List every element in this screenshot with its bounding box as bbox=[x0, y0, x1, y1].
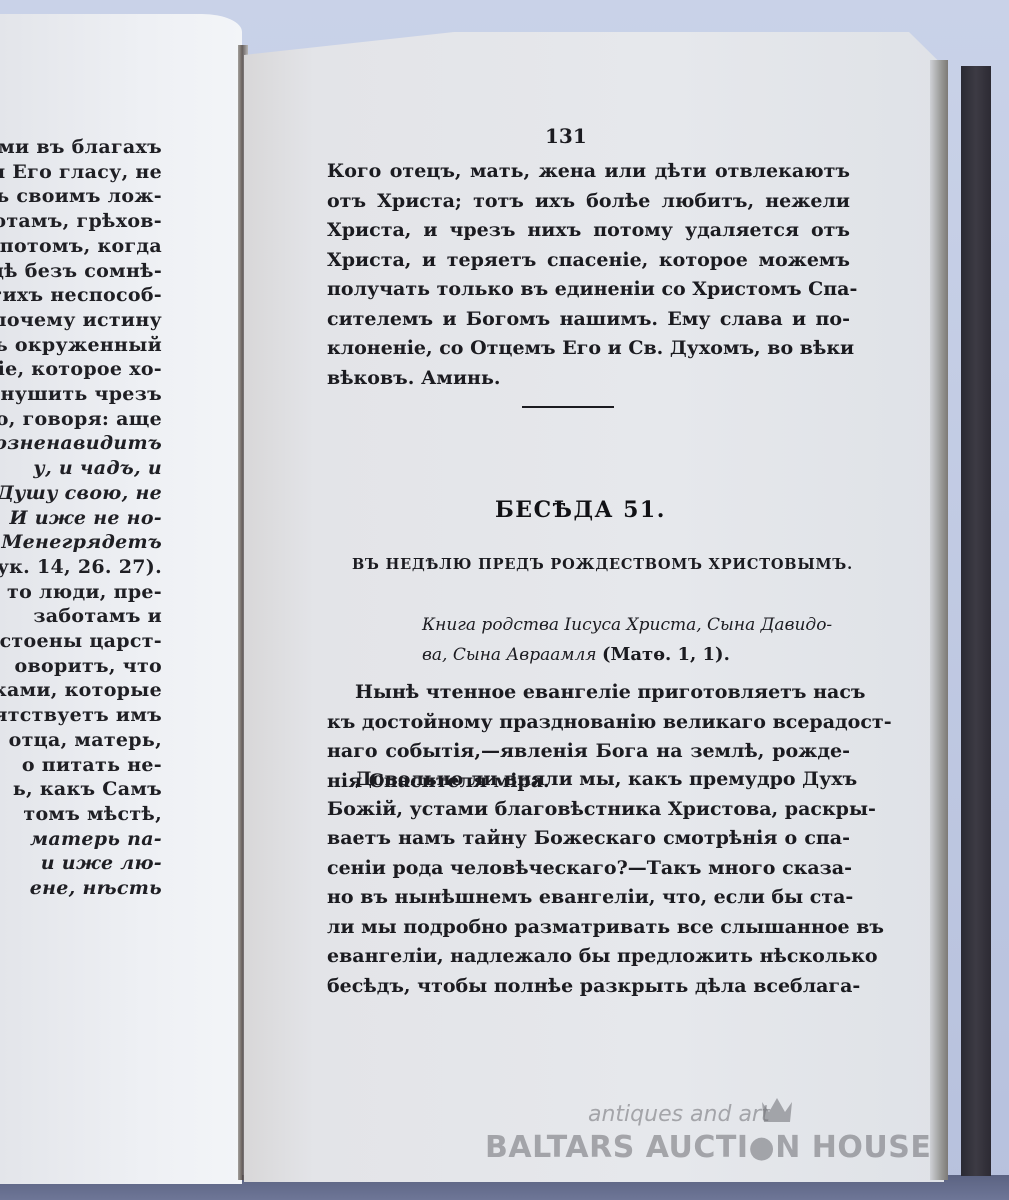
paragraph-closing-sermon: Кого отецъ, мать, жена или дѣти отвлекаю… bbox=[327, 157, 850, 393]
text-line: огихъ неспособ- bbox=[0, 283, 162, 308]
section-divider bbox=[522, 406, 614, 408]
text-line: клоненіе, со Отцемъ Его и Св. Духомъ, во… bbox=[327, 334, 850, 364]
text-line: у, и чадъ, и bbox=[0, 456, 162, 481]
text-line: сеніи рода человѣческаго?—Такъ много ска… bbox=[327, 854, 850, 884]
text-line: Христа, и чрезъ нихъ потому удаляется от… bbox=[327, 216, 850, 246]
epigraph: Книга родства Іисуса Христа, Сына Давидо… bbox=[422, 611, 842, 670]
text-line: И иже не но- bbox=[0, 506, 162, 531]
page-block-edge bbox=[930, 60, 948, 1180]
scripture-reference: (Матѳ. 1, 1). bbox=[602, 644, 730, 665]
text-line: Божій, устами благовѣстника Христова, ра… bbox=[327, 795, 850, 825]
text-line: ь, какъ Самъ bbox=[0, 777, 162, 802]
text-line: матерь па- bbox=[0, 827, 162, 852]
text-line: но въ нынѣшнемъ евангеліи, что, если бы … bbox=[327, 883, 850, 913]
epigraph-line: ва, Сына Авраамля (Матѳ. 1, 1). bbox=[422, 640, 842, 670]
watermark-name: BALTARS AUCTI●N HOUSE bbox=[485, 1130, 931, 1165]
epigraph-line: Книга родства Іисуса Христа, Сына Давидо… bbox=[422, 611, 842, 640]
page-number: 131 bbox=[545, 124, 587, 148]
text-line: ніе, которое хо- bbox=[0, 357, 162, 382]
text-line: отъ Христа; тотъ ихъ болѣе любитъ, нежел… bbox=[327, 187, 850, 217]
text-line: Душу свою, не bbox=[0, 481, 162, 506]
text-line: дѣ безъ сомнѣ- bbox=[0, 259, 162, 284]
text-line: -почему истину bbox=[0, 308, 162, 333]
sermon-heading: БЕСѢДА 51. bbox=[495, 497, 666, 523]
text-line: оворитъ, что bbox=[0, 654, 162, 679]
text-line: о, говоря: аще bbox=[0, 407, 162, 432]
text-line: Христа, и теряетъ спасеніе, которое може… bbox=[327, 246, 850, 276]
text-line: заботамъ и bbox=[0, 604, 162, 629]
text-line: потомъ, когда bbox=[0, 234, 162, 259]
watermark-tagline: antiques and art bbox=[588, 1102, 770, 1127]
text-line: бесѣдъ, чтобы полнѣе разкрыть дѣла всебл… bbox=[327, 972, 850, 1002]
text-line: къ достойному празднованію великаго всер… bbox=[327, 708, 850, 738]
text-line: ли мы подробно разматривать все слышанно… bbox=[327, 913, 850, 943]
text-line: ваетъ намъ тайну Божескаго смотрѣнія о с… bbox=[327, 824, 850, 854]
text-line: ая Его гласу, не bbox=[0, 160, 162, 185]
text-line: томъ мѣстѣ, bbox=[0, 802, 162, 827]
text-line: то люди, пре- bbox=[0, 580, 162, 605]
text-line: Менегрядетъ bbox=[0, 530, 162, 555]
text-line: ками въ благахъ bbox=[0, 135, 162, 160]
text-line: отца, матерь, bbox=[0, 728, 162, 753]
text-line: вѣковъ. Аминь. bbox=[327, 364, 850, 394]
text-line: Кого отецъ, мать, жена или дѣти отвлекаю… bbox=[327, 157, 850, 187]
text-line: сь своимъ лож- bbox=[0, 184, 162, 209]
paragraph-body: Довольно ли вняли мы, какъ премудро Духъ… bbox=[327, 765, 850, 1001]
epigraph-italic: ва, Сына Авраамля bbox=[422, 645, 597, 665]
text-line: евангеліи, надлежало бы предложить нѣско… bbox=[327, 942, 850, 972]
sermon-subheading: ВЪ НЕДѢЛЮ ПРЕДЪ РОЖДЕСТВОМЪ ХРИСТОВЫМЪ. bbox=[352, 556, 853, 573]
left-page-text: ками въ благахъая Его гласу, несь своимъ… bbox=[0, 135, 162, 901]
text-line: сителемъ и Богомъ нашимъ. Ему слава и по… bbox=[327, 305, 850, 335]
text-line: Нынѣ чтенное евангеліе приготовляетъ нас… bbox=[327, 678, 850, 708]
text-line: стоены царст- bbox=[0, 629, 162, 654]
book-cover-edge bbox=[961, 66, 991, 1176]
text-line: получать только въ единеніи со Христомъ … bbox=[327, 275, 850, 305]
text-line: ъ окруженный bbox=[0, 333, 162, 358]
text-line: и иже лю- bbox=[0, 851, 162, 876]
text-line: Довольно ли вняли мы, какъ премудро Духъ bbox=[327, 765, 850, 795]
text-line: ене, нѣсть bbox=[0, 876, 162, 901]
left-page: ками въ благахъая Его гласу, несь своимъ… bbox=[0, 14, 242, 1184]
text-line: ятствуетъ имъ bbox=[0, 703, 162, 728]
text-line: нушить чрезъ bbox=[0, 382, 162, 407]
text-line: озненавидитъ bbox=[0, 431, 162, 456]
text-line: ботамъ, грѣхов- bbox=[0, 209, 162, 234]
text-line: Лук. 14, 26. 27). bbox=[0, 555, 162, 580]
text-line: наго событія,—явленія Бога на землѣ, рож… bbox=[327, 737, 850, 767]
text-line: ками, которые bbox=[0, 678, 162, 703]
text-line: о питать не- bbox=[0, 753, 162, 778]
